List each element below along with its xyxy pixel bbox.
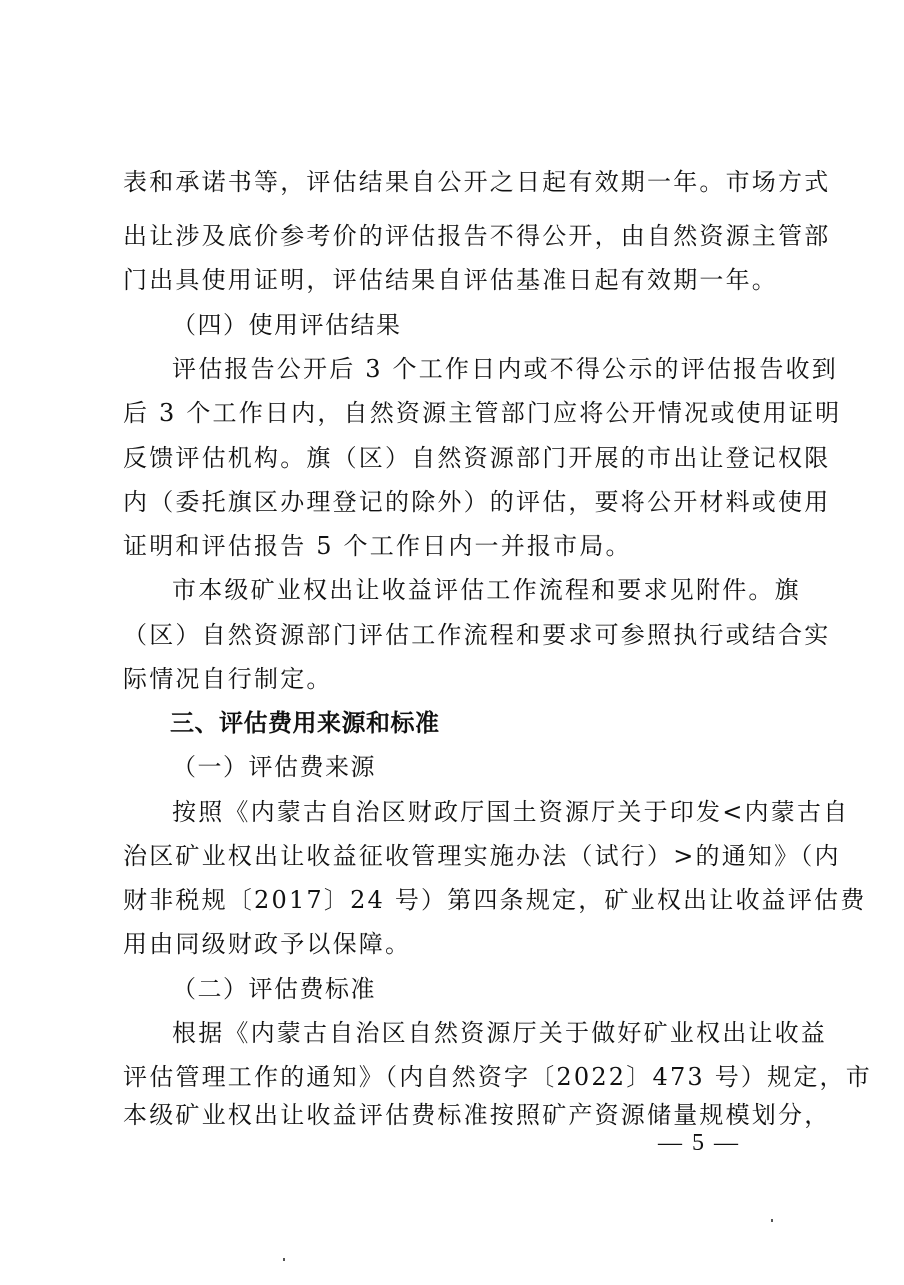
- section-heading-use-results: （四）使用评估结果: [172, 310, 402, 340]
- paragraph-line: 际情况自行制定。: [123, 664, 793, 694]
- paragraph-line: 评估管理工作的通知》（内自然资字〔2022〕473 号）规定，市: [123, 1062, 793, 1092]
- paragraph-line: 内（委托旗区办理登记的除外）的评估，要将公开材料或使用: [123, 487, 793, 517]
- paragraph-line: 治区矿业权出让收益征收管理实施办法（试行）>的通知》（内: [123, 841, 793, 871]
- paragraph-line: 根据《内蒙古自治区自然资源厅关于做好矿业权出让收益: [172, 1018, 793, 1048]
- paragraph-line: 门出具使用证明，评估结果自评估基准日起有效期一年。: [123, 265, 793, 295]
- section-heading-fee-source-standard: 三、评估费用来源和标准: [170, 708, 440, 738]
- paragraph-line: 评估报告公开后 3 个工作日内或不得公示的评估报告收到: [172, 354, 793, 384]
- section-heading-fee-source: （一）评估费来源: [172, 752, 376, 782]
- page-number: — 5 —: [658, 1128, 740, 1158]
- paragraph-line: 按照《内蒙古自治区财政厅国土资源厅关于印发<内蒙古自: [172, 797, 793, 827]
- paragraph-line: 后 3 个工作日内，自然资源主管部门应将公开情况或使用证明: [123, 398, 793, 428]
- paragraph-line: 证明和评估报告 5 个工作日内一并报市局。: [123, 531, 793, 561]
- paragraph-line: 表和承诺书等，评估结果自公开之日起有效期一年。市场方式: [123, 167, 793, 197]
- paragraph-line: 出让涉及底价参考价的评估报告不得公开，由自然资源主管部: [123, 221, 793, 251]
- paragraph-line: 市本级矿业权出让收益评估工作流程和要求见附件。旗: [172, 575, 793, 605]
- section-heading-fee-standard: （二）评估费标准: [172, 974, 376, 1004]
- scan-speck: [283, 1258, 285, 1261]
- paragraph-line: 反馈评估机构。旗（区）自然资源部门开展的市出让登记权限: [123, 443, 793, 473]
- document-page: 表和承诺书等，评估结果自公开之日起有效期一年。市场方式 出让涉及底价参考价的评估…: [0, 0, 904, 1285]
- paragraph-line: 用由同级财政予以保障。: [123, 929, 793, 959]
- paragraph-line: （区）自然资源部门评估工作流程和要求可参照执行或结合实: [123, 620, 793, 650]
- paragraph-line: 本级矿业权出让收益评估费标准按照矿产资源储量规模划分，: [123, 1100, 793, 1130]
- scan-speck: [771, 1219, 773, 1222]
- paragraph-line: 财非税规〔2017〕24 号）第四条规定，矿业权出让收益评估费: [123, 885, 793, 915]
